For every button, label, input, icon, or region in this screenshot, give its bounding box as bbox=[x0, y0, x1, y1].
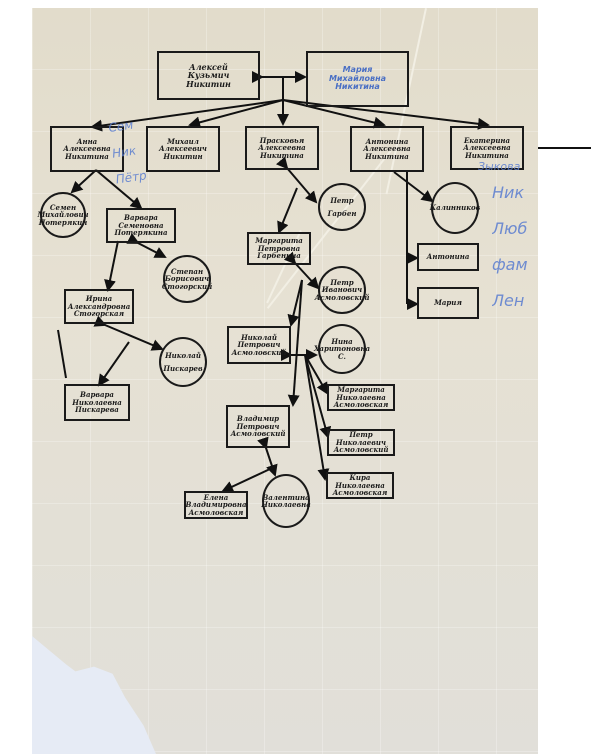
name-line: Асмоловская bbox=[333, 489, 388, 496]
person-box-child-antonina: Антонина Алексеевна Никитина bbox=[350, 126, 424, 172]
person-box-varvara-piskareva: Варвара Николаевна Пискарева bbox=[64, 384, 130, 421]
name-line: Никитина bbox=[260, 152, 304, 159]
spouse-circle-petr-garben: Петр Гарбен bbox=[318, 183, 366, 231]
person-box-petr-a: Петр Николаевич Асмоловский bbox=[327, 429, 395, 456]
connector-lines bbox=[0, 0, 591, 754]
name-line: С. bbox=[338, 353, 346, 360]
name-line: Гарбенина bbox=[257, 252, 301, 259]
name-line: Николаевна bbox=[261, 501, 310, 508]
person-box-kira-a: Кира Николаевна Асмоловская bbox=[326, 472, 394, 499]
person-box-irina: Ирина Александровна Стогорская bbox=[64, 289, 134, 324]
person-box-margarita: Маргарита Петровна Гарбенина bbox=[247, 232, 311, 265]
name-line: Асмоловская bbox=[334, 401, 389, 408]
annotation-line: Ник bbox=[492, 175, 538, 211]
name-line: Никитина bbox=[335, 83, 380, 91]
annotation-line: фам bbox=[492, 247, 538, 283]
blue-annotation-right: Ник Люб фам Лен bbox=[492, 175, 538, 319]
person-box-root-spouse: Мария Михайловна Никитина bbox=[306, 51, 409, 107]
name-line: Стогорская bbox=[74, 310, 124, 317]
person-box-antonina-jr: Антонина bbox=[417, 243, 479, 271]
name-line: Никитина bbox=[365, 153, 409, 160]
spouse-circle-nikolai-piskarev: Николай Пискарев bbox=[159, 337, 207, 387]
name-line: Петр bbox=[330, 197, 353, 204]
annotation-line: Лен bbox=[492, 283, 538, 319]
name-line: Калинников bbox=[430, 204, 480, 211]
external-pointer-line bbox=[538, 147, 591, 149]
person-box-child-praskovya: Прасковья Алексеевна Никитина bbox=[245, 126, 319, 170]
name-line: Асмоловский bbox=[334, 446, 389, 453]
name-line: Мария bbox=[434, 299, 462, 306]
name-line: Асмоловский bbox=[231, 430, 286, 437]
person-box-margarita-a: Маргарита Николаевна Асмоловская bbox=[327, 384, 395, 411]
annotation-line: Люб bbox=[492, 211, 538, 247]
name-line: Стогорский bbox=[162, 283, 212, 290]
name-line: Асмоловская bbox=[189, 509, 244, 516]
person-box-nikolai: Николай Петрович Асмоловский bbox=[227, 326, 291, 364]
name-line: Антонина bbox=[427, 253, 470, 260]
blue-annotation-under-ekaterina: Зыкова bbox=[478, 160, 520, 173]
name-line: Никитин bbox=[186, 80, 231, 88]
person-box-vladimir: Владимир Петрович Асмоловский bbox=[226, 405, 290, 448]
name-line: Потерякин bbox=[39, 219, 88, 226]
name-line: Никитина bbox=[465, 152, 509, 159]
person-box-child-mikhail: Михаил Алексеевич Никитин bbox=[146, 126, 220, 172]
spouse-circle-stepan: Степан Борисович Стогорский bbox=[163, 255, 211, 303]
spouse-circle-petr-ivanovich: Петр Иванович Асмоловский bbox=[318, 266, 366, 314]
name-line: Гарбен bbox=[328, 210, 357, 217]
spouse-circle-valentina: Валентина Николаевна bbox=[262, 474, 310, 528]
name-line: Пискарев bbox=[163, 365, 202, 372]
name-line: Николай bbox=[165, 352, 201, 359]
name-line: Пискарева bbox=[75, 406, 119, 413]
spouse-circle-kalinnikov: Калинников bbox=[431, 182, 479, 234]
person-box-root: Алексей Кузьмич Никитин bbox=[157, 51, 260, 100]
person-box-varvara: Варвара Семеновна Потерякина bbox=[106, 208, 176, 243]
person-box-maria: Мария bbox=[417, 287, 479, 319]
spouse-circle-semen: Семен Михайлович Потерякин bbox=[40, 192, 86, 238]
spouse-circle-nina: Нина Харитоновна С. bbox=[318, 324, 366, 374]
person-box-elena-a: Елена Владимировна Асмоловская bbox=[184, 491, 248, 519]
name-line: Асмоловский bbox=[315, 294, 370, 301]
name-line: Потерякина bbox=[114, 229, 167, 236]
name-line: Никитина bbox=[65, 153, 109, 160]
annotation-line: Пётр bbox=[114, 161, 157, 192]
name-line: Асмоловский bbox=[232, 349, 287, 356]
name-line: Никитин bbox=[163, 153, 202, 160]
